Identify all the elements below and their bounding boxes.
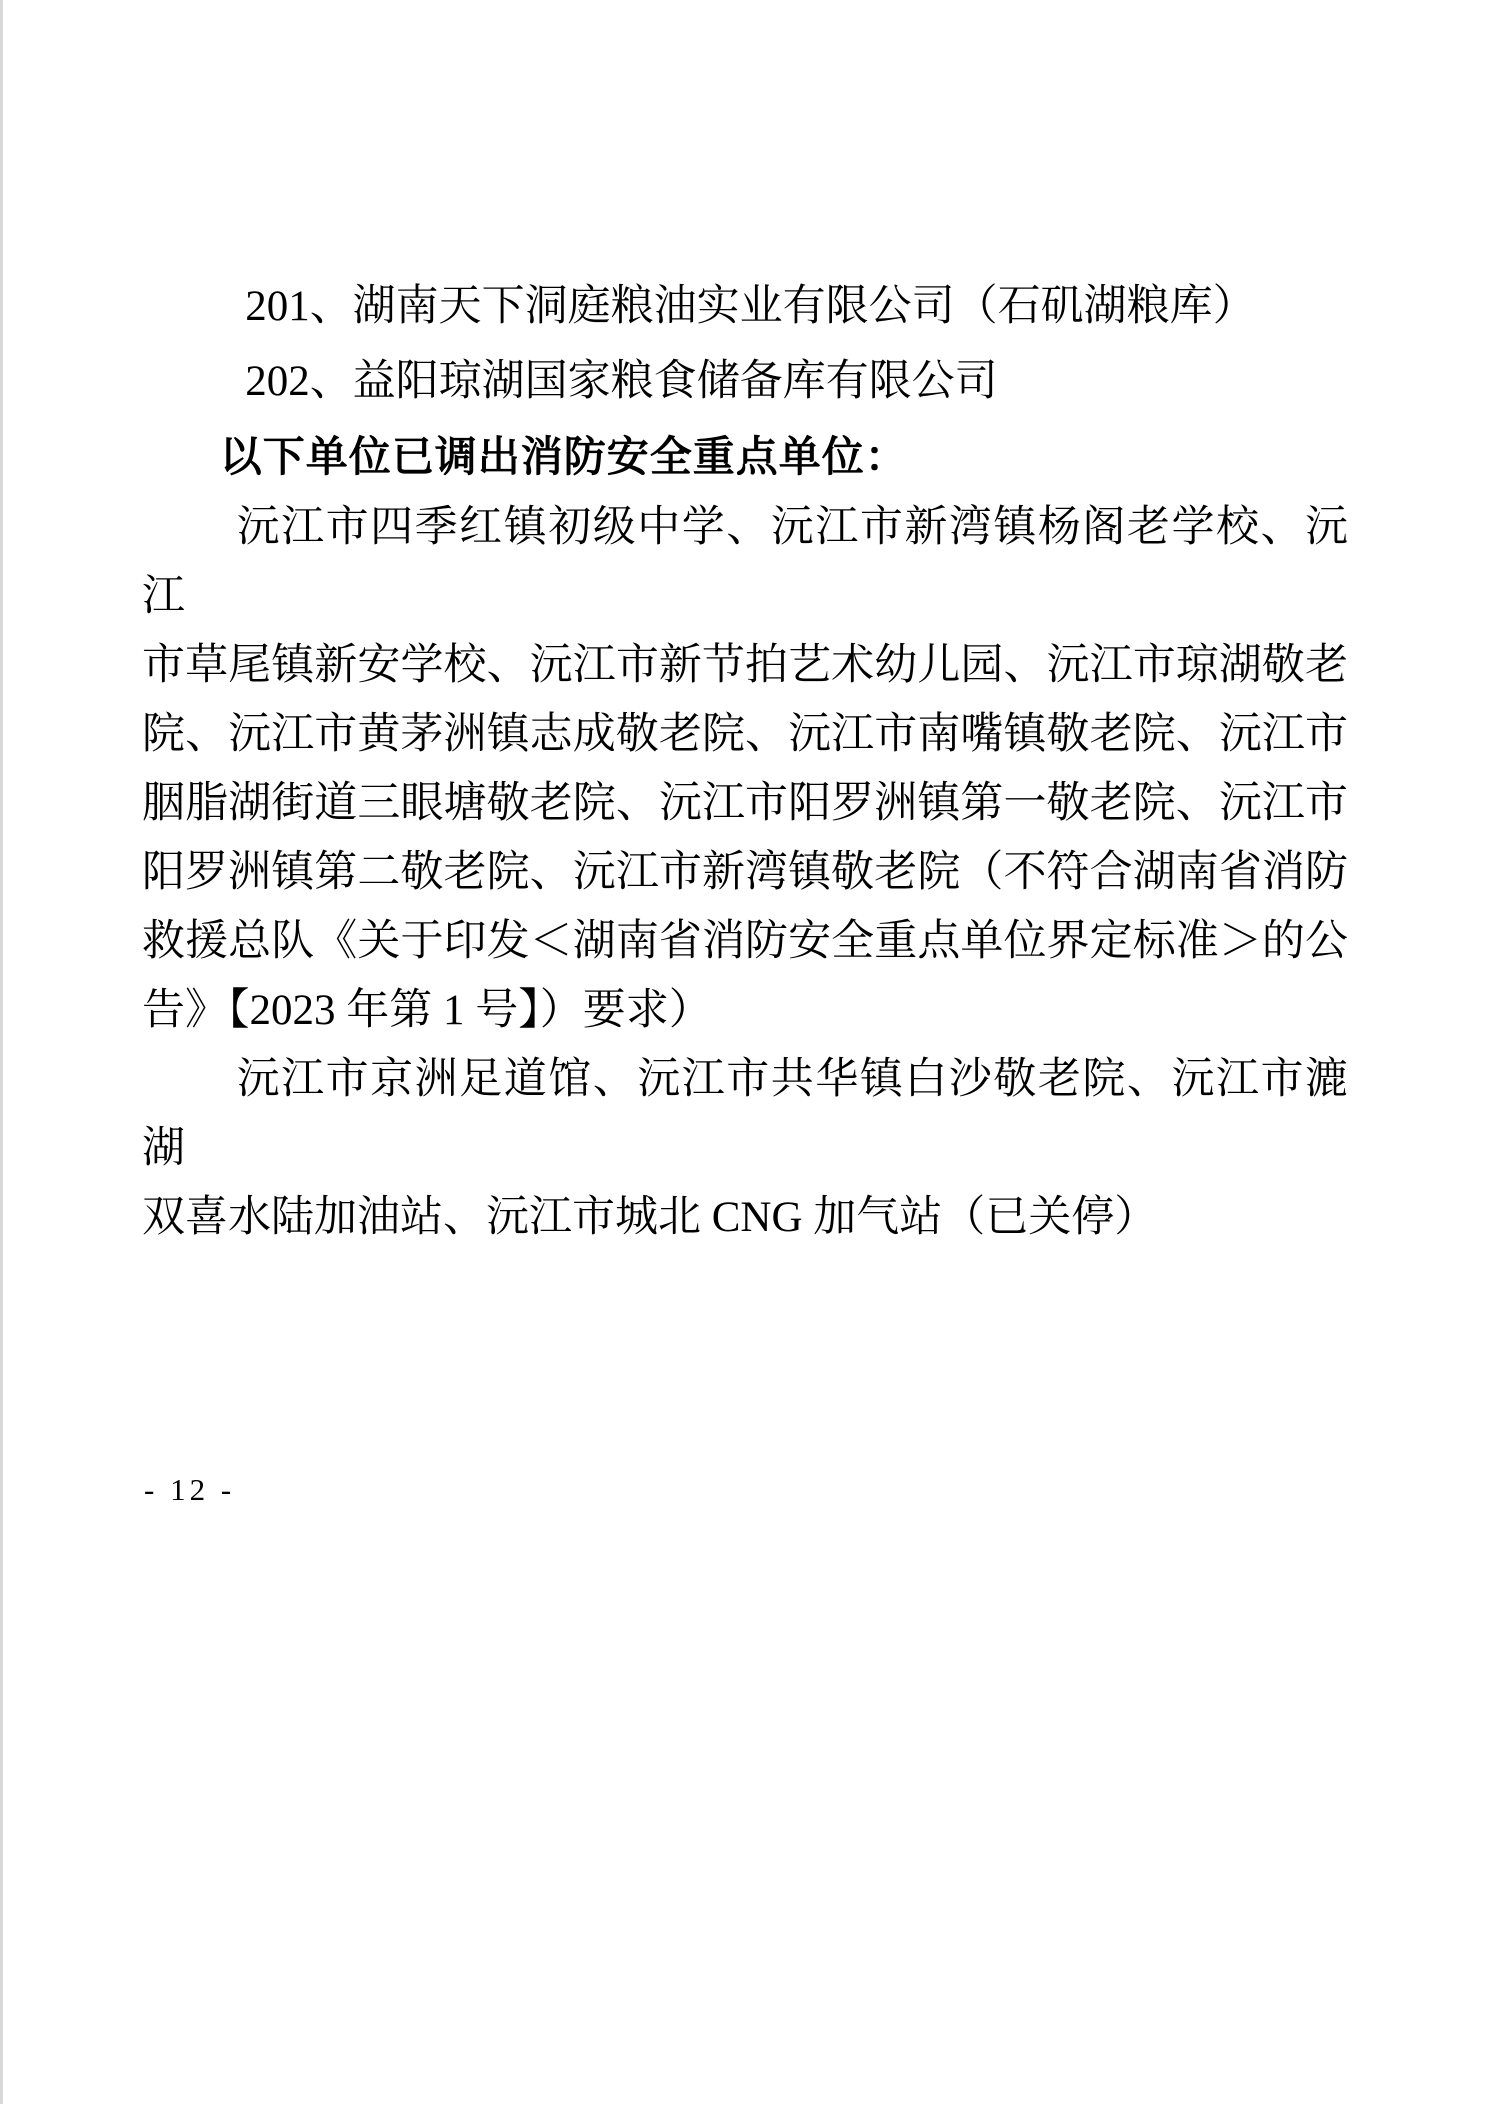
text-line: 沅江市四季红镇初级中学、沅江市新湾镇杨阁老学校、沅江 <box>142 493 1348 631</box>
paragraph-closed-units: 沅江市京洲足道馆、沅江市共华镇白沙敬老院、沅江市漉湖双喜水陆加油站、沅江市城北 … <box>142 1045 1348 1252</box>
text-line: 201、湖南天下洞庭粮油实业有限公司（石矶湖粮库） <box>142 272 1348 341</box>
text-line: 沅江市京洲足道馆、沅江市共华镇白沙敬老院、沅江市漉湖 <box>142 1045 1348 1183</box>
numbered-list: 201、湖南天下洞庭粮油实业有限公司（石矶湖粮库）202、益阳琼湖国家粮食储备库… <box>142 272 1348 416</box>
document-page: 201、湖南天下洞庭粮油实业有限公司（石矶湖粮库）202、益阳琼湖国家粮食储备库… <box>0 0 1488 2104</box>
text-line: 救援总队《关于印发＜湖南省消防安全重点单位界定标准＞的公 <box>142 907 1348 976</box>
text-line: 202、益阳琼湖国家粮食储备库有限公司 <box>142 347 1348 416</box>
text-line: 院、沅江市黄茅洲镇志成敬老院、沅江市南嘴镇敬老院、沅江市 <box>142 700 1348 769</box>
text-line: 市草尾镇新安学校、沅江市新节拍艺术幼儿园、沅江市琼湖敬老 <box>142 631 1348 700</box>
text-line: 告》【2023 年第 1 号】）要求） <box>142 976 1348 1045</box>
text-line: 胭脂湖街道三眼塘敬老院、沅江市阳罗洲镇第一敬老院、沅江市 <box>142 769 1348 838</box>
text-line: 阳罗洲镇第二敬老院、沅江市新湾镇敬老院（不符合湖南省消防 <box>142 838 1348 907</box>
paragraph-removed-units: 沅江市四季红镇初级中学、沅江市新湾镇杨阁老学校、沅江市草尾镇新安学校、沅江市新节… <box>142 493 1348 1045</box>
text-line: 双喜水陆加油站、沅江市城北 CNG 加气站（已关停） <box>142 1183 1348 1252</box>
page-number: - 12 - <box>144 1470 235 1510</box>
document-body: 201、湖南天下洞庭粮油实业有限公司（石矶湖粮库）202、益阳琼湖国家粮食储备库… <box>142 272 1348 1252</box>
section-heading: 以下单位已调出消防安全重点单位： <box>142 422 1348 491</box>
